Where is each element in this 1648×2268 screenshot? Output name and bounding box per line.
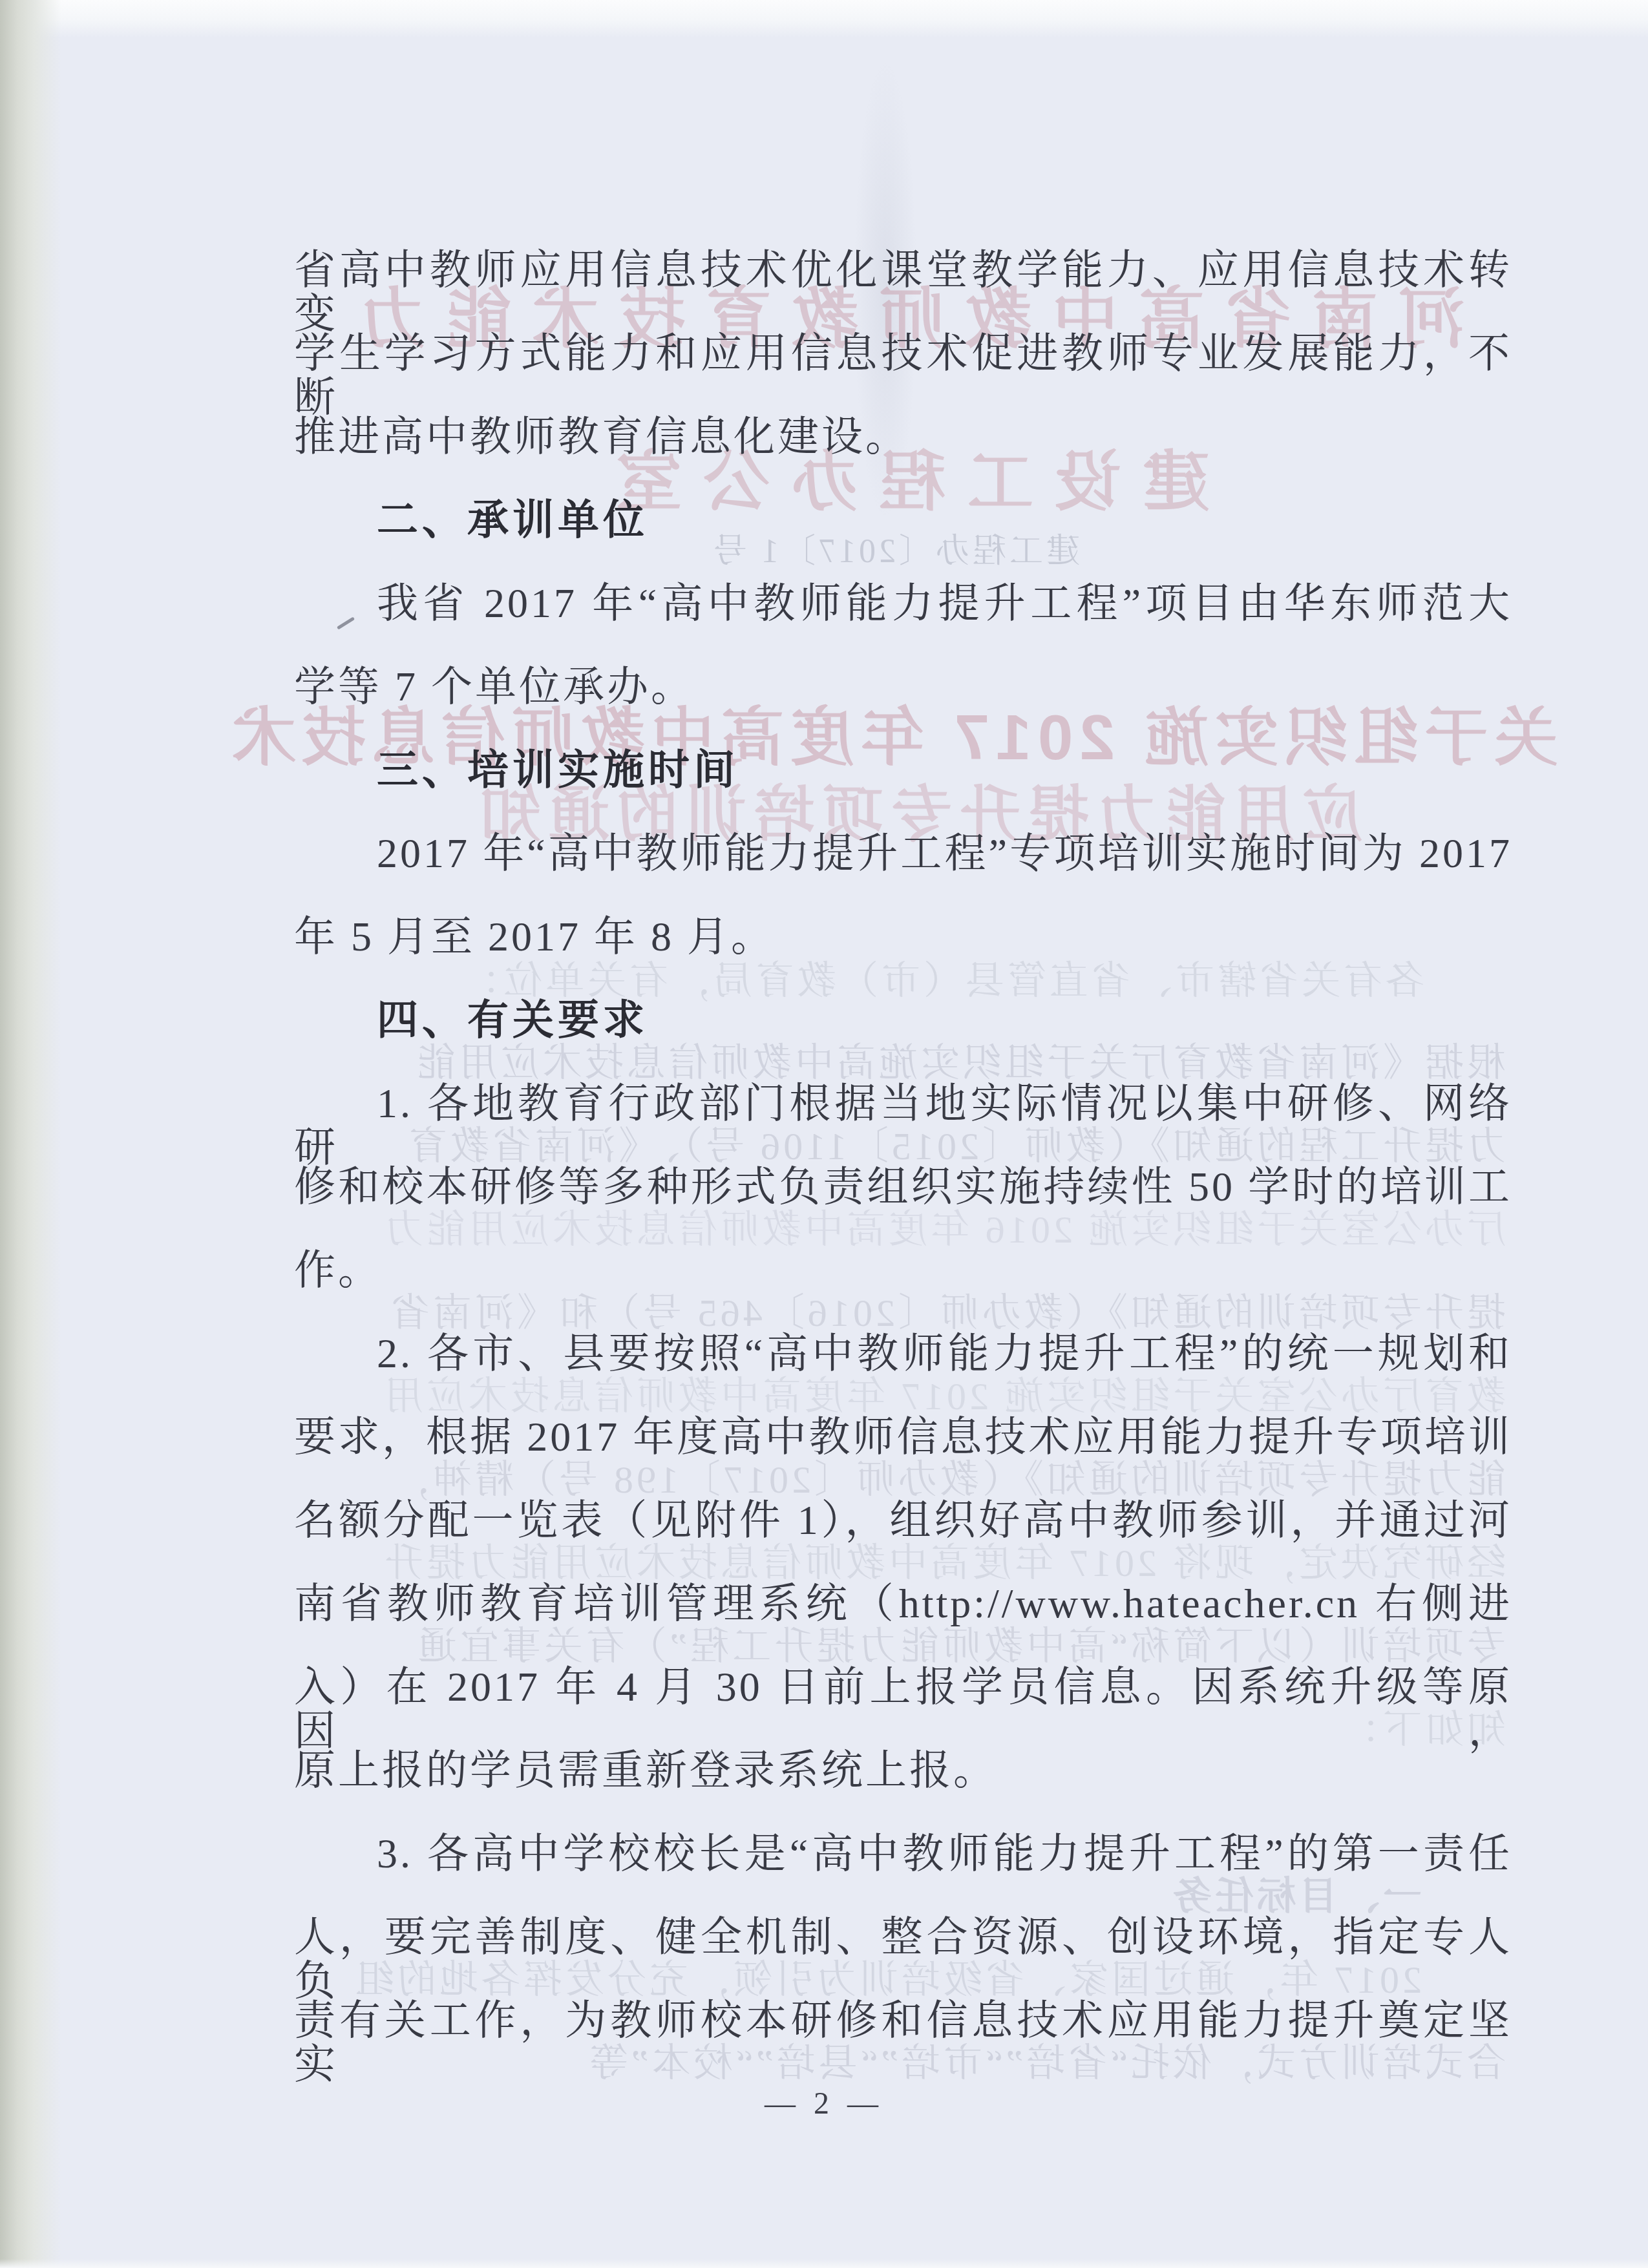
- scanned-document-page: 河南省高中教师教育技术能力 建设工程办公室 关于组织实施 2017 年度高中教师…: [0, 0, 1648, 2268]
- scan-top-edge: [0, 0, 1648, 37]
- body-line-5: 学等 7 个单位承办。: [294, 665, 1512, 709]
- bleed-through-text-line: 提升专项培训的通知》（教办师〔2016〕465 号）和《河南省: [284, 1294, 1506, 1332]
- bleed-through-text-line: 专项培训（以下简称“高中教师能力提升工程”）有关事宜通: [284, 1627, 1506, 1666]
- body-line-3: 推进高中教师教育信息化建设。: [294, 415, 1512, 459]
- body-line-9: 修和校本研修等多种形式负责组织实施持续性 50 学时的培训工: [294, 1165, 1512, 1209]
- section-heading-training-schedule: 三、培训实施时间: [294, 748, 1512, 792]
- scan-left-edge: [0, 0, 61, 2268]
- body-line-19: 责有关工作，为教师校本研修和信息技术应用能力提升奠定坚实: [294, 1999, 1512, 2086]
- bleed-through-text-line: 能力提升专项培训的通知》（教办师〔2017〕198 号）精神，: [284, 1460, 1506, 1499]
- body-line-18: 人，要完善制度、健全机制、整合资源、创设环境，指定专人负: [294, 1915, 1512, 2003]
- body-line-6: 2017 年“高中教师能力提升工程”专项培训实施时间为 2017: [294, 832, 1512, 876]
- body-line-1: 省高中教师应用信息技术优化课堂教学能力、应用信息技术转变: [294, 248, 1512, 336]
- body-line-13: 名额分配一览表（见附件 1），组织好高中教师参训，并通过河: [294, 1498, 1512, 1542]
- page-number: — 2 —: [0, 2086, 1648, 2121]
- body-line-14: 南省教师教育培训管理系统（http://www.hateacher.cn 右侧进: [294, 1582, 1512, 1626]
- section-heading-requirements: 四、有关要求: [294, 998, 1512, 1042]
- body-line-10: 作。: [294, 1248, 1512, 1292]
- body-line-17: 3. 各高中学校校长是“高中教师能力提升工程”的第一责任: [294, 1832, 1512, 1876]
- body-line-15: 入）在 2017 年 4 月 30 日前上报学员信息。因系统升级等原因，: [294, 1665, 1512, 1753]
- body-line-12: 要求，根据 2017 年度高中教师信息技术应用能力提升专项培训: [294, 1415, 1512, 1459]
- body-line-2: 学生学习方式能力和应用信息技术促进教师专业发展能力，不断: [294, 331, 1512, 419]
- body-line-8: 1. 各地教育行政部门根据当地实际情况以集中研修、网络研: [294, 1082, 1512, 1170]
- bleed-through-text-line: 经研究决定，现将 2017 年度高中教师信息技术应用能力提升: [284, 1544, 1506, 1582]
- bleed-through-text-line: 厅办公室关于组织实施 2016 年度高中教师信息技术应用能力: [284, 1210, 1506, 1249]
- bleed-through-text-line: 教育厅办公室关于组织实施 2017 年度高中教师信息技术应用: [284, 1377, 1506, 1416]
- body-line-11: 2. 各市、县要按照“高中教师能力提升工程”的统一规划和: [294, 1332, 1512, 1376]
- bleed-through-text-line: 各有关省辖市、省直管县（市）教育局，有关单位：: [284, 961, 1506, 1000]
- body-line-16: 原上报的学员需重新登录系统上报。: [294, 1748, 1512, 1792]
- bleed-through-text-line: 一、目标任务: [284, 1877, 1506, 1916]
- body-line-7: 年 5 月至 2017 年 8 月。: [294, 915, 1512, 959]
- bleed-through-text-line: 根据《河南省教育厅关于组织实施高中教师信息技术应用能: [284, 1044, 1506, 1082]
- body-line-4: 我省 2017 年“高中教师能力提升工程”项目由华东师范大: [294, 582, 1512, 625]
- scan-bottom-edge: [0, 2259, 1648, 2268]
- section-heading-training-provider: 二、承训单位: [294, 498, 1512, 542]
